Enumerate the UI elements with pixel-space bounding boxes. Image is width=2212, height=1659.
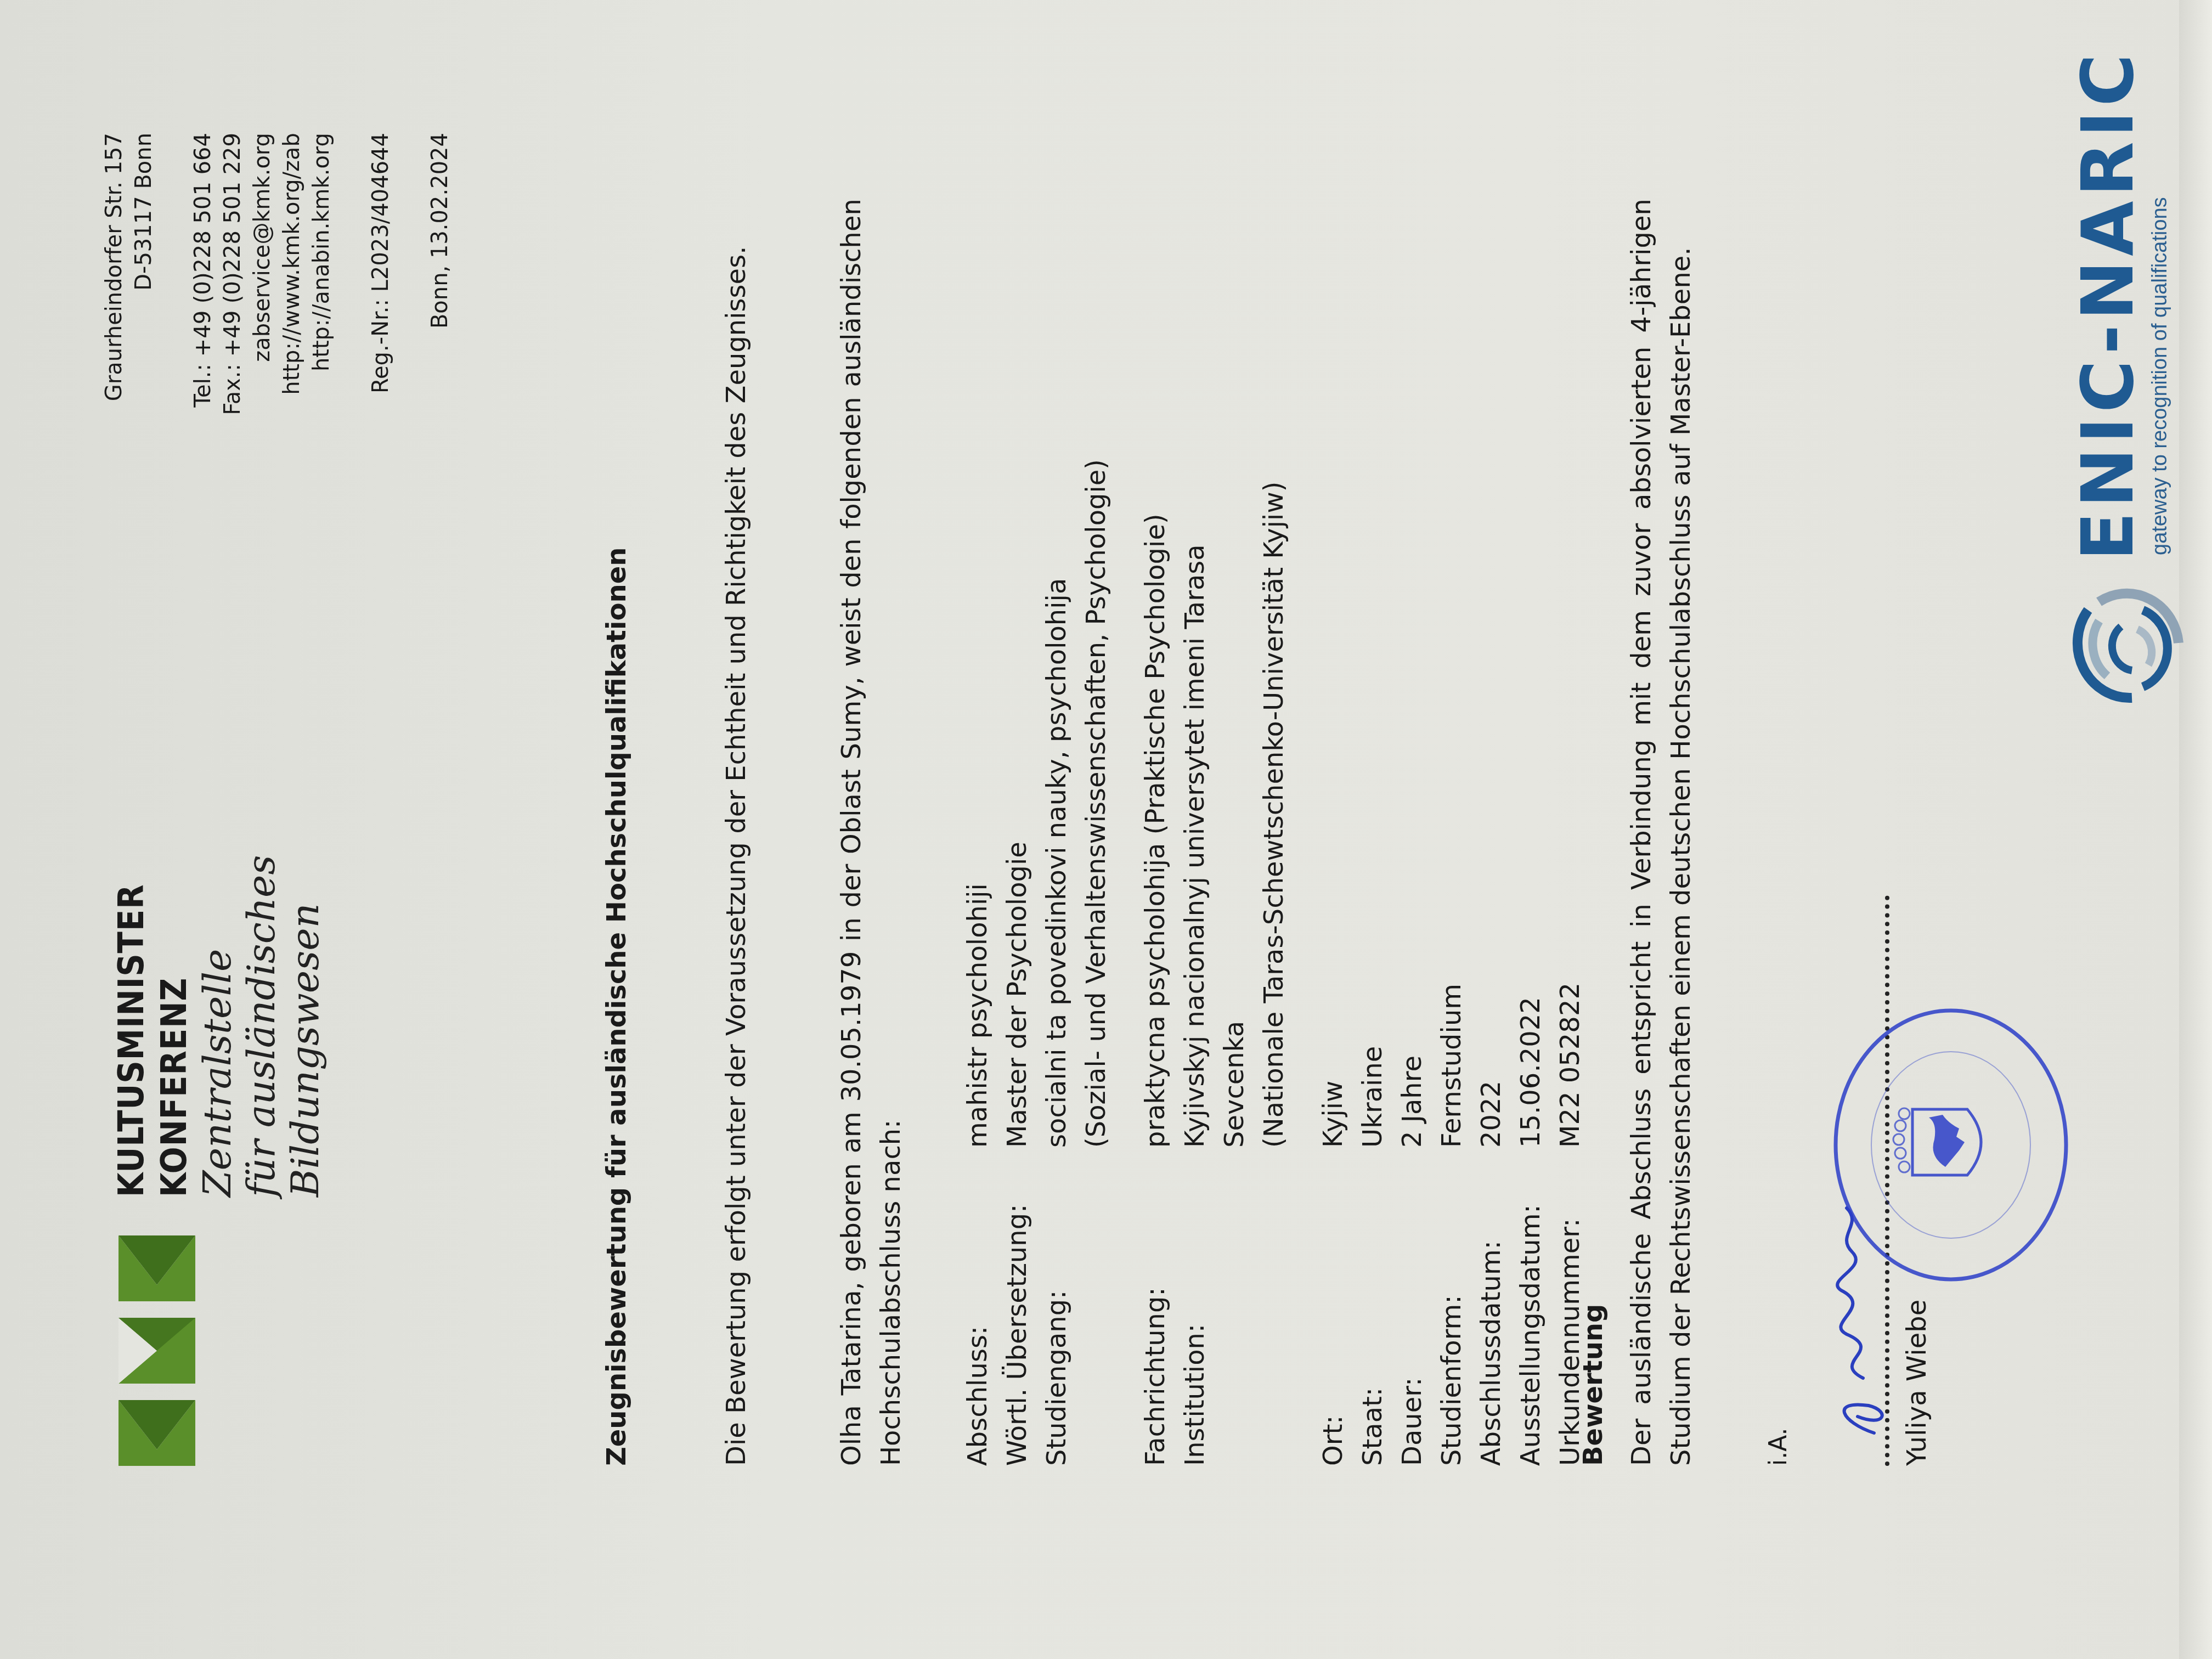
- place-date: Bonn, 13.02.2024: [425, 133, 455, 415]
- fact-row: Wörtl. Übersetzung:Master der Psychologi…: [997, 459, 1037, 1466]
- fact-row: Studiengang:socialni ta povedinkovi nauk…: [1037, 459, 1076, 1466]
- evaluation-heading: Bewertung: [1578, 1304, 1609, 1466]
- paper-edge: [2179, 0, 2212, 1659]
- document-page: KULTUSMINISTER KONFERENZ Zentralstelle f…: [36, 34, 2176, 1625]
- contact-block: Graurheindorfer Str. 157 D-53117 Bonn Te…: [99, 133, 455, 415]
- registration-number: Reg.-Nr.: L2023/404644: [366, 133, 396, 415]
- kmk-logo-icon: [119, 1235, 195, 1466]
- signatory-name: Yuliya Wiebe: [1901, 1300, 1932, 1466]
- fact-row: Ausstellungsdatum:15.06.2022: [1511, 459, 1550, 1466]
- email-address: zabservice@kmk.org: [247, 133, 277, 415]
- fact-row: Abschlussdatum:2022: [1471, 459, 1511, 1466]
- fact-row: Fachrichtung:praktycna psycholohija (Pra…: [1136, 459, 1175, 1466]
- org-name-line1: KULTUSMINISTER: [110, 884, 153, 1197]
- fact-row: Dauer:2 Jahre: [1392, 459, 1432, 1466]
- org-name-line2: KONFERENZ: [153, 884, 196, 1197]
- address-city: D-53117 Bonn: [129, 133, 159, 415]
- fact-row: Institution:Kyjivskyj nacionalnyj univer…: [1175, 459, 1215, 1466]
- fact-row: Studienform:Fernstudium: [1432, 459, 1471, 1466]
- evaluation-text: Der ausländische Abschluss entspricht in…: [1622, 199, 1701, 1466]
- enic-naric-tagline: gateway to recognition of qualifications: [2148, 197, 2172, 555]
- fact-row: Sevcenka: [1215, 459, 1254, 1466]
- qualification-details: Abschluss:mahistr psycholohiji Wörtl. Üb…: [958, 459, 1590, 1466]
- website-link: http://www.kmk.org/zab: [277, 133, 307, 415]
- anabin-link: http://anabin.kmk.org: [307, 133, 336, 415]
- official-seal-icon: [1830, 1005, 2072, 1285]
- org-subtitle-line2: für ausländisches: [239, 855, 283, 1197]
- fact-row: Ort:Kyjiw: [1313, 459, 1353, 1466]
- org-name: KULTUSMINISTER KONFERENZ: [110, 884, 196, 1197]
- document-title: Zeugnisbewertung für ausländische Hochsc…: [601, 548, 632, 1466]
- fact-row: (Sozial- und Verhaltenswissenschaften, P…: [1076, 459, 1116, 1466]
- fact-row: (Nationale Taras-Schewtschenko-Universit…: [1254, 459, 1294, 1466]
- fax-number: Fax.: +49 (0)228 501 229: [218, 133, 247, 415]
- enic-naric-logo-icon: [2061, 577, 2187, 720]
- holder-statement: Olha Tatarina, geboren am 30.05.1979 in …: [832, 199, 911, 1466]
- on-behalf-label: i.A.: [1764, 1427, 1792, 1466]
- org-subtitle-line3: Bildungswesen: [283, 855, 327, 1197]
- enic-naric-name: ENIC-NARIC: [2066, 49, 2149, 561]
- fact-row: Staat:Ukraine: [1353, 459, 1392, 1466]
- validity-note: Die Bewertung erfolgt unter der Vorausse…: [716, 199, 756, 1466]
- fact-row: Abschluss:mahistr psycholohiji: [958, 459, 997, 1466]
- address-street: Graurheindorfer Str. 157: [99, 133, 129, 415]
- org-subtitle-line1: Zentralstelle: [195, 855, 239, 1197]
- org-subtitle: Zentralstelle für ausländisches Bildungs…: [195, 855, 327, 1197]
- phone-number: Tel.: +49 (0)228 501 664: [188, 133, 218, 415]
